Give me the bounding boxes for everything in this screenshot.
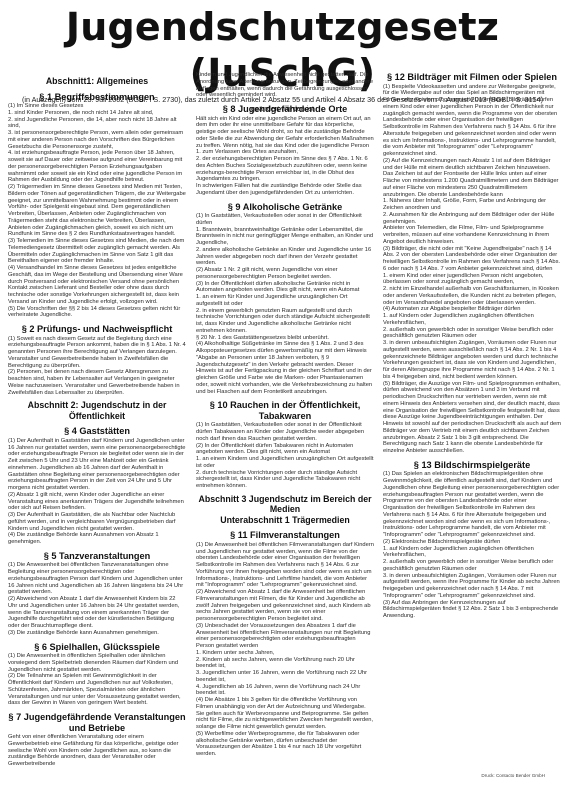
text-line: (5) Werbefilme oder Werbeprogramme, die …: [196, 731, 374, 758]
paragraph-title-5: § 5 Tanzveranstaltungen: [8, 551, 186, 562]
text-line: 1. zum Verlassen des Ortes anzuhalten,: [196, 149, 374, 156]
paragraph-7-continuation: Kindern und Jugendlichen die Anwesenheit…: [196, 72, 374, 99]
text-line: (2) Elektronische Bildschirmspielgeräte …: [383, 539, 561, 546]
text-line: (1) Soweit es nach diesem Gesetz auf die…: [8, 336, 186, 370]
column-2: Kindern und Jugendlichen die Anwesenheit…: [196, 72, 374, 758]
text-line: (5) Die Vorschriften der §§ 2 bis 14 die…: [8, 306, 186, 320]
text-line: (4) Automaten zur Abgabe bespielter Bild…: [383, 306, 561, 313]
text-line: Anbieter von Telemedien, die Filme, Film…: [383, 225, 561, 245]
text-line: (2) In der Öffentlichkeit dürfen Tabakwa…: [196, 443, 374, 457]
text-line: (1) Die Anwesenheit bei öffentlichen Fil…: [196, 542, 374, 589]
column-1: Abschnitt1: Allgemeines § 1 Begriffsbest…: [8, 72, 186, 768]
text-line: (3) Der Aufenthalt in Gaststätten, die a…: [8, 512, 186, 532]
paragraph-title-4: § 4 Gaststätten: [8, 426, 186, 437]
section-heading-abschnitt-1: Abschnitt1: Allgemeines: [8, 76, 186, 87]
text-line: (1) Im Sinne dieses Gesetzes: [8, 103, 186, 110]
text-line: 2. andere alkoholische Getränke an Kinde…: [196, 247, 374, 267]
text-line: 3. in deren unbeaufsichtigten Zugängen, …: [383, 340, 561, 381]
text-line: (3) Bildträger, die nicht oder mit "Kein…: [383, 246, 561, 273]
paragraph-body-13: (1) Das Spielen an elektronischen Bildsc…: [383, 471, 561, 620]
printer-credit: Druck: Contacto Bender GmbH: [481, 773, 545, 778]
text-line: (2) Die Teilnahme an Spielen mit Gewinnm…: [8, 673, 186, 707]
subsection-heading-traegermedien: Unterabschnitt 1 Trägermedien: [196, 515, 374, 526]
paragraph-title-13: § 13 Bildschirmspielgeräte: [383, 460, 561, 471]
paragraph-title-11: § 11 Filmveranstaltungen: [196, 530, 374, 541]
section-heading-abschnitt-2: Abschnitt 2: Jugendschutz in der Öffentl…: [8, 400, 186, 421]
paragraph-title-1: § 1 Begriffsbestimmungen: [8, 92, 186, 103]
text-line: (3) Telemedien im Sinne dieses Gesetzes …: [8, 238, 186, 265]
text-line: 1. Kindern unter sechs Jahren,: [196, 650, 374, 657]
text-line: 2. der erziehungsberechtigten Person im …: [196, 156, 374, 183]
paragraph-body-5: (1) Die Anwesenheit bei öffentlichen Tan…: [8, 562, 186, 636]
text-line: 1. einem Kind oder einer jugendlichen Pe…: [383, 273, 561, 287]
text-line: (3) Die zuständige Behörde kann Ausnahme…: [8, 630, 186, 637]
paragraph-title-9: § 9 Alkoholische Getränke: [196, 202, 374, 213]
text-line: 1. sind Kinder Personen, die noch nicht …: [8, 110, 186, 117]
text-line: 1. auf Kindern oder Jugendlichen zugängl…: [383, 546, 561, 560]
text-line: 1. Branntwein, branntweinhaltige Getränk…: [196, 227, 374, 247]
text-line: 2. in einem gewerblich genutzten Raum au…: [196, 308, 374, 335]
text-line: 1. an einem Kindern und Jugendlichen unz…: [196, 456, 374, 470]
paragraph-body-8: Hält sich ein Kind oder eine jugendliche…: [196, 116, 374, 197]
text-line: Hält sich ein Kind oder eine jugendliche…: [196, 116, 374, 150]
text-line: (1) Die Anwesenheit bei öffentlichen Tan…: [8, 562, 186, 596]
text-line: 3. ist personensorgeberechtigte Person, …: [8, 130, 186, 150]
text-line: (1) In Gaststätten, Verkaufsstellen oder…: [196, 422, 374, 442]
text-line: (4) Alkoholhaltige Süßgetränke im Sinne …: [196, 341, 374, 395]
text-line: 2. außerhalb von gewerblich oder in sons…: [383, 327, 561, 341]
section-heading-abschnitt-3: Abschnitt 3 Jugendschutz im Bereich der …: [196, 494, 374, 515]
text-line: 4. ist erziehungsbeauftragte Person, jed…: [8, 150, 186, 184]
text-line: (4) Die zuständige Behörde kann Ausnahme…: [8, 532, 186, 546]
text-line: (4) Versandhandel im Sinne dieses Gesetz…: [8, 265, 186, 306]
paragraph-body-11: (1) Die Anwesenheit bei öffentlichen Fil…: [196, 542, 374, 758]
text-line: 2. außerhalb von gewerblich oder in sons…: [383, 559, 561, 573]
text-line: (1) Bespielte Videokassetten und andere …: [383, 84, 561, 158]
text-line: 3. Jugendlichen unter 16 Jahren, wenn di…: [196, 670, 374, 684]
text-line: (1) Die Anwesenheit in öffentlichen Spie…: [8, 653, 186, 673]
text-line: 2. Ausnahmen für die Anbringung auf dem …: [383, 212, 561, 226]
paragraph-body-1: (1) Im Sinne dieses Gesetzes1. sind Kind…: [8, 103, 186, 319]
text-line: 2. Kindern ab sechs Jahren, wenn die Vor…: [196, 657, 374, 671]
paragraph-body-9: (1) In Gaststätten, Verkaufsstellen oder…: [196, 213, 374, 395]
text-line: 2. durch technische Vorrichtungen oder d…: [196, 470, 374, 490]
text-line: 2. nicht im Einzelhandel außerhalb von G…: [383, 286, 561, 306]
text-line: (1) Der Aufenthalt in Gaststätten darf K…: [8, 438, 186, 492]
text-line: 1. an einem für Kinder und Jugendliche u…: [196, 294, 374, 308]
text-line: (3) Unbeschadet der Voraussetzungen des …: [196, 623, 374, 650]
text-line: 3. in deren unbeaufsichtigten Zugängen, …: [383, 573, 561, 600]
text-line: (2) Auf die Kennzeichnungen nach Absatz …: [383, 158, 561, 199]
paragraph-title-6: § 6 Spielhallen, Glücksspiele: [8, 642, 186, 653]
column-3: § 12 Bildträger mit Filmen oder Spielen …: [383, 72, 561, 620]
paragraph-title-12: § 12 Bildträger mit Filmen oder Spielen: [383, 72, 561, 83]
paragraph-body-12: (1) Bespielte Videokassetten und andere …: [383, 84, 561, 455]
text-line: 1. auf Kindern oder Jugendlichen zugängl…: [383, 313, 561, 327]
paragraph-body-4: (1) Der Aufenthalt in Gaststätten darf K…: [8, 438, 186, 546]
paragraph-title-7: § 7 Jugendgefährdende Veranstaltungen un…: [8, 712, 186, 733]
text-line: 1. Näheres über Inhalt, Größe, Form, Far…: [383, 198, 561, 212]
text-line: 2. sind Jugendliche Personen, die 14, ab…: [8, 117, 186, 131]
text-line: (2) Personen, bei denen nach diesem Gese…: [8, 369, 186, 396]
text-line: (2) Trägermedien im Sinne dieses Gesetze…: [8, 184, 186, 238]
text-line: Geht von einer öffentlichen Veranstaltun…: [8, 734, 186, 768]
text-line: (3) In der Öffentlichkeit dürfen alkohol…: [196, 281, 374, 295]
text-line: § 20 Nr. 1 des Gaststättengesetzes bleib…: [196, 335, 374, 342]
paragraph-body-2: (1) Soweit es nach diesem Gesetz auf die…: [8, 336, 186, 397]
paragraph-title-2: § 2 Prüfungs- und Nachweispflicht: [8, 324, 186, 335]
text-line: (2) Abweichend von Absatz 1 darf die Anw…: [8, 596, 186, 630]
paragraph-body-10: (1) In Gaststätten, Verkaufsstellen oder…: [196, 422, 374, 490]
paragraph-title-10: § 10 Rauchen in der Öffentlichkeit, Taba…: [196, 400, 374, 421]
text-line: In schwierigen Fällen hat die zuständige…: [196, 183, 374, 197]
text-line: (5) Bildträger, die Auszüge von Film- un…: [383, 381, 561, 455]
text-line: (4) Die Absätze 1 bis 3 gelten für die ö…: [196, 697, 374, 731]
text-line: (2) Abweichend von Absatz 1 darf die Anw…: [196, 589, 374, 623]
paragraph-title-8: § 8 Jugendgefährdende Orte: [196, 104, 374, 115]
paragraph-body-6: (1) Die Anwesenheit in öffentlichen Spie…: [8, 653, 186, 707]
text-line: (2) Absatz 1 gilt nicht, wenn Kinder ode…: [8, 492, 186, 512]
text-line: (2) Absatz 1 Nr. 2 gilt nicht, wenn Juge…: [196, 267, 374, 281]
paragraph-body-7: Geht von einer öffentlichen Veranstaltun…: [8, 734, 186, 768]
text-line: (1) Das Spielen an elektronischen Bildsc…: [383, 471, 561, 539]
text-line: (1) In Gaststätten, Verkaufsstellen oder…: [196, 213, 374, 227]
text-line: 4. Jugendlichen ab 16 Jahren, wenn die V…: [196, 684, 374, 698]
text-line: (3) Auf das Anbringen der Kennzeichnunge…: [383, 600, 561, 620]
